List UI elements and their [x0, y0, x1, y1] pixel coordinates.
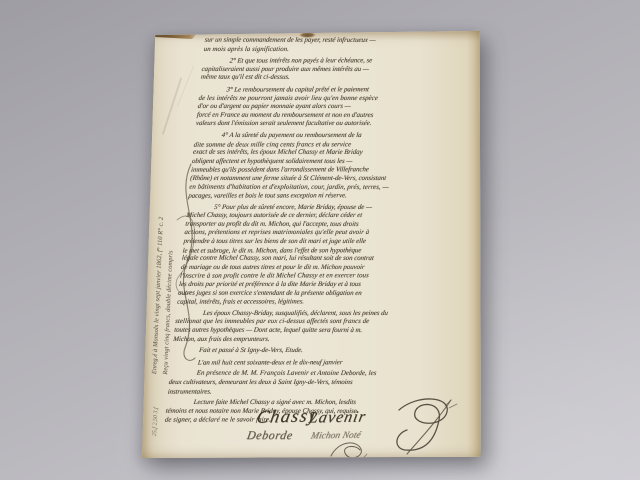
- ink-bleed-mark: [177, 65, 194, 106]
- manuscript-line: d'or ou d'argent ou papier monnaie ayant…: [197, 103, 460, 112]
- manuscript-line: transporter au profit du dit m. Michon, …: [185, 220, 448, 229]
- manuscript-line: un mois après la signification.: [203, 46, 466, 55]
- manuscript-text: sur un simple commandement de les payer,…: [164, 37, 467, 425]
- manuscript-line: L'an mil huit cent soixante-deux et le d…: [170, 359, 433, 368]
- manuscript-line: exact de ses intérêts, les époux Michel …: [192, 149, 455, 158]
- manuscript-line: 4° A la sûreté du payement ou remboursem…: [194, 132, 457, 141]
- signature-lavenir: Lavenir: [307, 409, 367, 428]
- manuscript-line: Fait et passé à St Igny-de-Vers, Etude.: [171, 347, 434, 356]
- manuscript-line: obligent affectent et hypothèquent solid…: [191, 158, 454, 167]
- document-paper: Enreg.é à Monsols le vingt sept janvier …: [141, 30, 481, 458]
- manuscript-line: même taux qu'il est dit ci-dessus.: [200, 74, 463, 83]
- manuscript-line: toutes autres hypothèques — Dont acte, l…: [174, 327, 437, 336]
- manuscript-line: capital, intérêts, frais et accessoires,…: [177, 298, 440, 307]
- manuscript-line: l'inscrire à son profit contre le dit Mi…: [179, 272, 442, 281]
- notary-signature-flourish: [391, 396, 469, 458]
- manuscript-line: les droits par priorité et préférence à …: [178, 281, 441, 290]
- manuscript-line: 2° Et que tous intérêts non payés à leur…: [202, 57, 465, 66]
- manuscript-line: Michel Chassy, toujours autorisée de ce …: [186, 212, 449, 221]
- photo-canvas: Enreg.é à Monsols le vingt sept janvier …: [0, 0, 640, 480]
- manuscript-line: (Rhône) et notamment une ferme située à …: [190, 175, 453, 184]
- paraphe-flourish-center: [327, 436, 371, 466]
- manuscript-line: valeurs dont l'émission serait seulement…: [195, 120, 458, 129]
- manuscript-line: immeubles qu'ils possèdent dans l'arrond…: [190, 166, 453, 175]
- manuscript-line: Michon, aux frais des emprunteurs.: [173, 336, 436, 345]
- signature-deborde: Deborde: [246, 428, 294, 443]
- manuscript-line: de les intérêts ne pourront jamais avoir…: [198, 95, 461, 104]
- manuscript-line: sur un simple commandement de les payer,…: [204, 37, 467, 46]
- manuscript-line: pacages, vareilles et bois le tout sans …: [188, 192, 451, 201]
- manuscript-line: 5° Pour plus de sûreté encore, Marie Bri…: [187, 204, 450, 213]
- registration-fees: 25,f 2,50 3,f: [152, 372, 161, 436]
- manuscript-line: 3° Le remboursement du capital prêté et …: [199, 86, 462, 95]
- manuscript-line: en bâtiments d'habitation et d'exploitat…: [189, 183, 452, 192]
- paper-fold-top-left: [144, 30, 200, 39]
- paper-sheet: Enreg.é à Monsols le vingt sept janvier …: [141, 30, 481, 458]
- manuscript-line: En présence de M. M. François Lavenir et…: [169, 370, 432, 379]
- manuscript-line: forcé en France au moment du rembourseme…: [196, 111, 459, 120]
- manuscript-line: deux cultivateurs, demeurant les deux à …: [168, 379, 431, 388]
- manuscript-line: légale contre Michel Chassy, son mari, l…: [181, 255, 444, 264]
- manuscript-line: autres juges si son exercice s'entendant…: [178, 289, 441, 298]
- manuscript-line: prétendre à tous titres sur les biens de…: [183, 238, 446, 247]
- manuscript-line: actions, prétentions et reprises matrimo…: [184, 229, 447, 238]
